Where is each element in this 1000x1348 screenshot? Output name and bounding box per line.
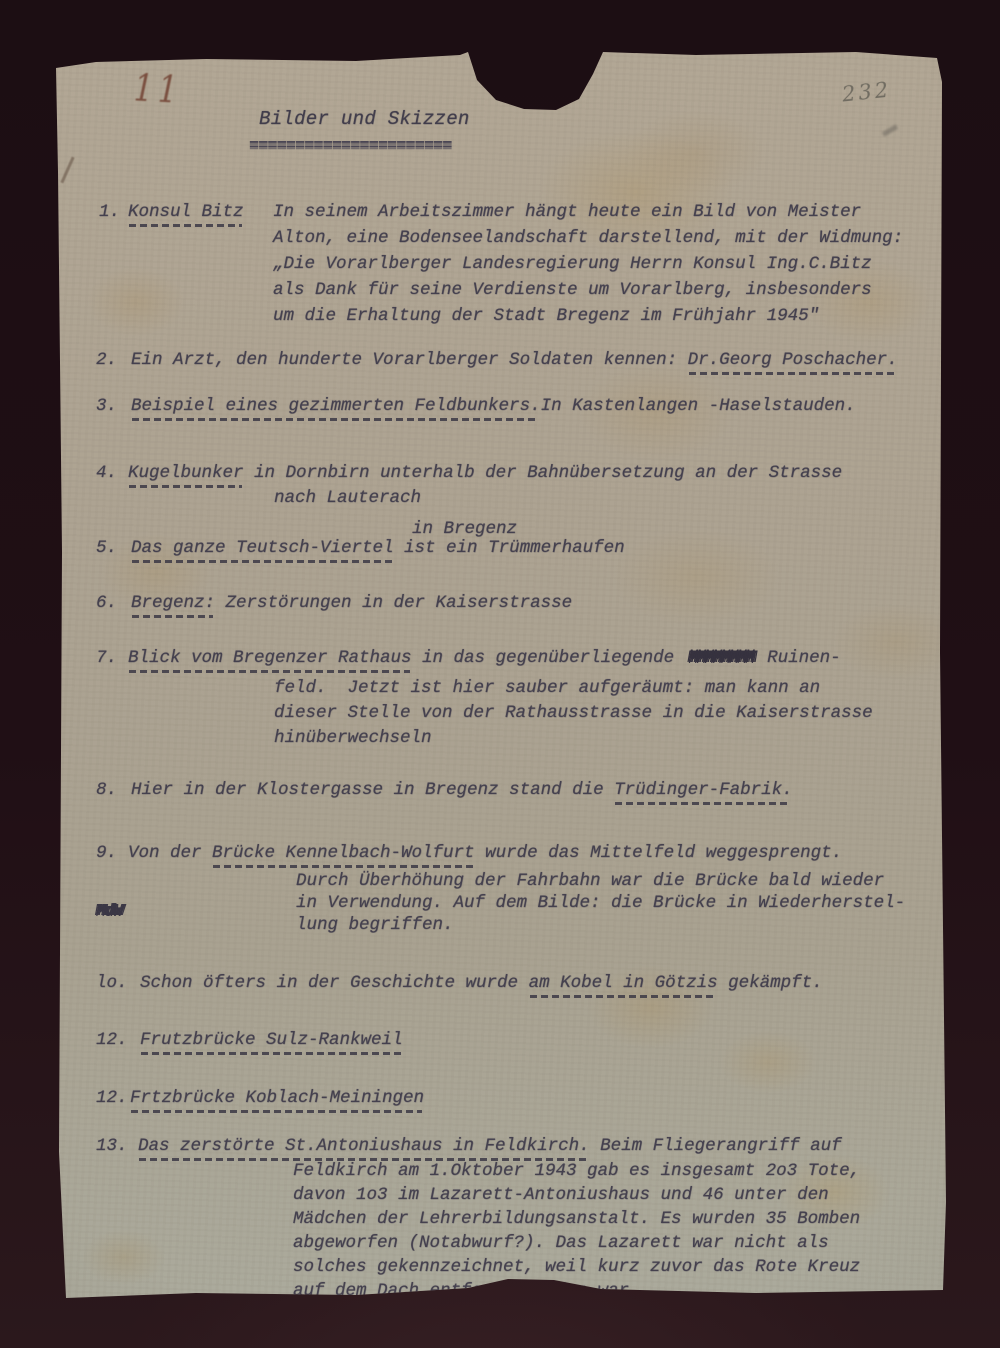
text-segment: 6. [96,593,117,613]
item-number: lo. [96,975,128,993]
underlined-text: Frutzbrücke Sulz-Rankweil [140,1032,403,1050]
text-segment: dieser Stelle von der Rathausstrasse in … [274,703,873,723]
item-line: Mädchen der Lehrerbildungsanstalt. Es wu… [293,1211,860,1229]
text-segment: in das gegenüberliegende [412,648,685,668]
item-line: solches gekennzeichnet, weil kurz zuvor … [293,1259,860,1277]
item-line: auf dem Dach entfernt worden war. [293,1283,640,1301]
item-line: Von der Brücke Kennelbach-Wolfurt wurde … [128,845,842,863]
item-line: Kugelbunker in Dornbirn unterhalb der Ba… [128,465,842,483]
item-number: 5. [96,540,117,558]
insert-note: in Bregenz [412,521,517,539]
item-line: dieser Stelle von der Rathausstrasse in … [274,705,873,723]
item-line: Frutzbrücke Sulz-Rankweil [140,1032,403,1050]
item-line: Das ganze Teutsch-Viertel ist ein Trümme… [131,540,625,558]
pencil-corner-mark: 11 [133,66,183,112]
item-number: 2. [96,352,117,370]
underlined-text: Dr.Georg Poschacher. [688,352,898,370]
struck-out-margin-text: MdW [96,903,122,920]
text-segment: Durch Überhöhung der Fahrbahn war die Br… [296,871,884,891]
text-segment: nach Lauterach [274,488,421,508]
underlined-text: Kugelbunker [128,465,244,483]
text-segment: auf dem Dach entfernt worden war. [293,1281,640,1301]
text-segment: Ein Arzt, den hunderte Vorarlberger Sold… [131,350,688,370]
text-segment: In seinem Arbeitszimmer hängt heute ein … [273,202,861,222]
text-segment: 8. [96,780,117,800]
text-segment: 13. [96,1136,128,1156]
item-line: Bregenz: Zerstörungen in der Kaiserstras… [131,595,572,613]
text-segment: in Dornbirn unterhalb der Bahnübersetzun… [244,463,843,483]
item-line: Hier in der Klostergasse in Bregenz stan… [131,782,793,800]
item-number: 12. [96,1032,128,1050]
item-line: Blick vom Bregenzer Rathaus in das gegen… [128,650,841,668]
pencil-smudge [882,124,898,136]
item-line: Feldkirch am 1.Oktober 1943 gab es insge… [293,1163,860,1181]
item-line: in Verwendung. Auf dem Bilde: die Brücke… [296,895,905,913]
text-segment: In Kastenlangen -Haselstauden. [541,396,856,416]
item-line: In seinem Arbeitszimmer hängt heute ein … [273,204,861,222]
text-segment: in Verwendung. Auf dem Bilde: die Brücke… [296,893,905,913]
item-number: 12. [96,1090,128,1108]
text-segment: Hier in der Klostergasse in Bregenz stan… [131,780,614,800]
text-segment: 7. [96,648,117,668]
item-line: Das zerstörte St.Antoniushaus in Feldkir… [138,1138,842,1156]
underlined-text: Beispiel eines gezimmerten Feldbunkers. [131,398,541,416]
item-line: hinüberwechseln [274,730,432,748]
text-segment: 5. [96,538,117,558]
underlined-text: Das zerstörte St.Antoniushaus in Feldkir… [138,1138,590,1156]
item-number: 4. [96,465,117,483]
text-segment: solches gekennzeichnet, weil kurz zuvor … [293,1257,860,1277]
text-segment: 2. [96,350,117,370]
text-segment: Feldkirch am 1.Oktober 1943 gab es insge… [293,1161,860,1181]
item-number: 3. [96,398,117,416]
item-number: 6. [96,595,117,613]
underlined-text: Trüdinger-Fabrik. [614,782,793,800]
page-number: 232 [841,77,892,106]
item-line: Schon öfters in der Geschichte wurde am … [140,975,823,993]
text-segment: als Dank für seine Verdienste um Vorarlb… [273,280,872,300]
photo-mount: { "page": { "title": "Bilder und Skizzen… [0,0,1000,1348]
item-line: Durch Überhöhung der Fahrbahn war die Br… [296,873,884,891]
redacted-text: MMMMMMMM [688,650,753,668]
item-line: um die Erhaltung der Stadt Bregenz im Fr… [273,308,819,326]
document-page: 11 232 Bilder und Skizzen ==============… [56,52,948,1298]
item-line: feld. Jetzt ist hier sauber aufgeräumt: … [274,680,820,698]
text-segment: Alton, eine Bodenseelandschaft darstelle… [273,228,903,248]
text-segment: Beim Fliegerangriff auf [590,1136,842,1156]
text-segment: Von der [128,843,212,863]
text-segment: 1. [99,202,120,222]
pencil-tick-mark [60,157,74,184]
text-segment: um die Erhaltung der Stadt Bregenz im Fr… [273,306,819,326]
page-title: Bilder und Skizzen [259,110,470,129]
item-number: 7. [96,650,117,668]
text-segment: Schon öfters in der Geschichte wurde [140,973,529,993]
item-line: Beispiel eines gezimmerten Feldbunkers.I… [131,398,856,416]
text-segment: 12. [96,1088,128,1108]
text-segment: 4. [96,463,117,483]
item-line: abgeworfen (Notabwurf?). Das Lazarett wa… [293,1235,829,1253]
title-underline-rule: ====================== [249,138,451,155]
item-number: 9. [96,845,117,863]
item-line: nach Lauterach [274,490,421,508]
item-line: Konsul Bitz [128,204,244,222]
text-segment: Zerstörungen in der Kaiserstrasse [215,593,572,613]
text-segment: abgeworfen (Notabwurf?). Das Lazarett wa… [293,1233,829,1253]
item-line: als Dank für seine Verdienste um Vorarlb… [273,282,872,300]
item-number: 13. [96,1138,128,1156]
underlined-text: Brücke Kennelbach-Wolfurt [212,845,475,863]
text-segment: 3. [96,396,117,416]
underlined-text: am Kobel in Götzis [529,975,718,993]
item-line: Ein Arzt, den hunderte Vorarlberger Sold… [131,352,898,370]
item-line: „Die Vorarlberger Landesregierung Herrn … [273,256,872,274]
text-segment: ist ein Trümmerhaufen [394,538,625,558]
text-segment: „Die Vorarlberger Landesregierung Herrn … [273,254,872,274]
text-segment: 9. [96,843,117,863]
underlined-text: Blick vom Bregenzer Rathaus [128,650,412,668]
text-segment: feld. Jetzt ist hier sauber aufgeräumt: … [274,678,820,698]
item-number: 8. [96,782,117,800]
underlined-text: Konsul Bitz [128,204,244,222]
underlined-text: Bregenz: [131,595,215,613]
text-segment: Ruinen- [757,648,841,668]
item-line: davon 1o3 im Lazarett-Antoniushaus und 4… [293,1187,829,1205]
text-segment: hinüberwechseln [274,728,432,748]
text-segment: Mädchen der Lehrerbildungsanstalt. Es wu… [293,1209,860,1229]
item-number: 1. [99,204,120,222]
text-segment: lung begriffen. [296,915,454,935]
text-segment: wurde das Mittelfeld weggesprengt. [475,843,843,863]
underlined-text: Das ganze Teutsch-Viertel [131,540,394,558]
text-segment: lo. [96,973,128,993]
text-segment: davon 1o3 im Lazarett-Antoniushaus und 4… [293,1185,829,1205]
underlined-text: Frtzbrücke Koblach-Meiningen [130,1090,424,1108]
item-line: Alton, eine Bodenseelandschaft darstelle… [273,230,903,248]
text-segment: 12. [96,1030,128,1050]
item-line: lung begriffen. [296,917,454,935]
text-segment: gekämpft. [718,973,823,993]
item-line: Frtzbrücke Koblach-Meiningen [130,1090,424,1108]
